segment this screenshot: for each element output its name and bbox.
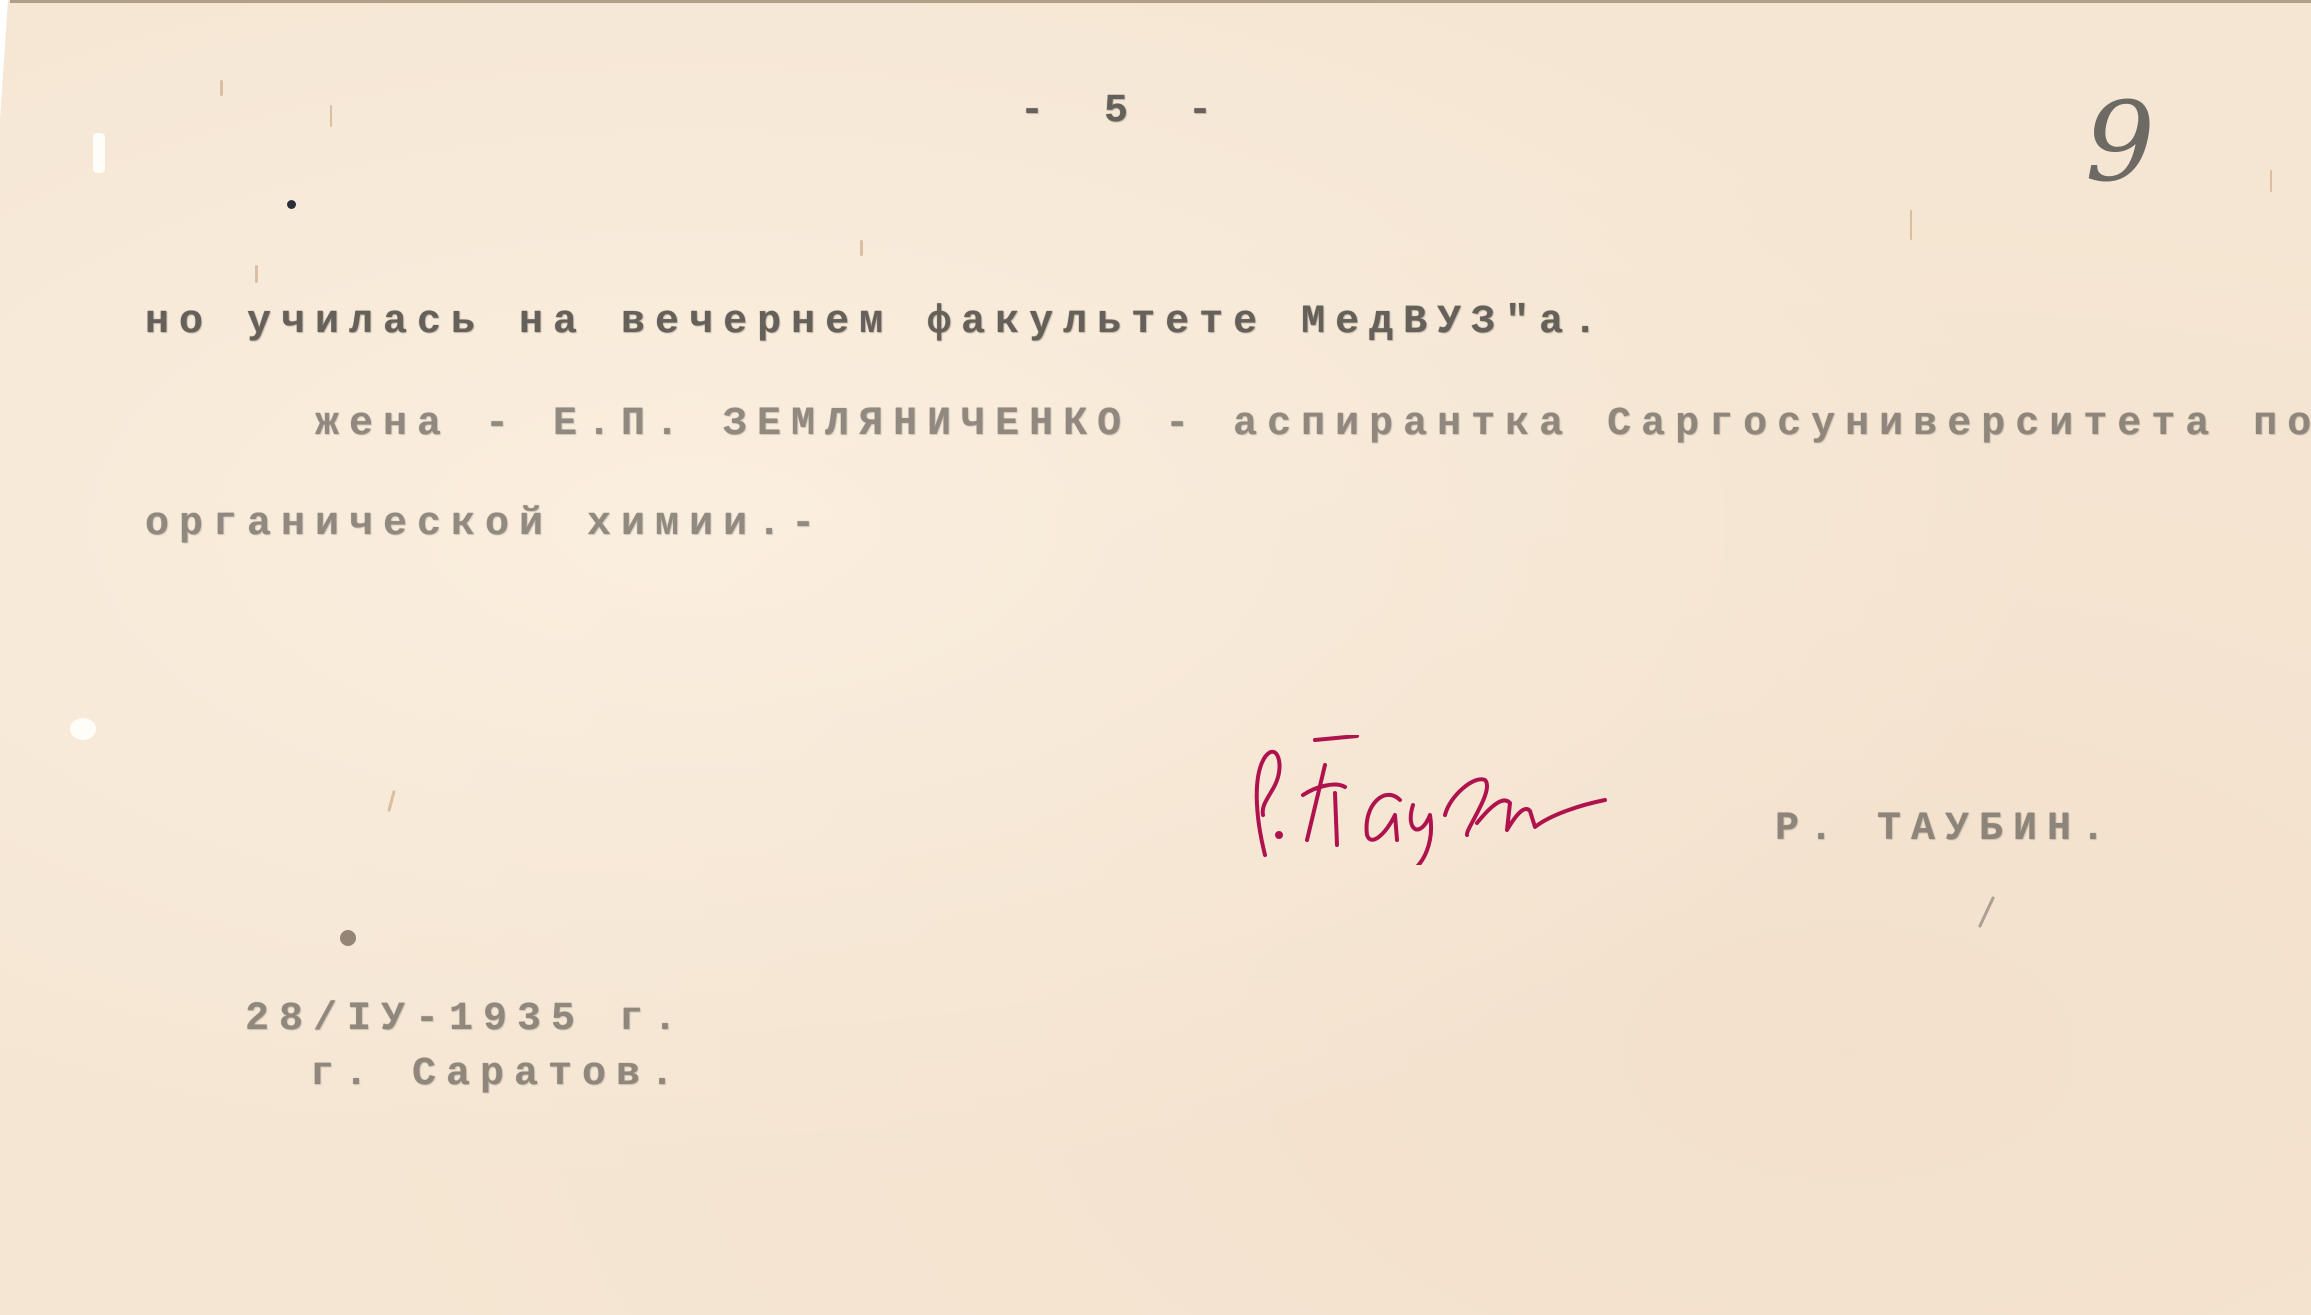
paper-hole bbox=[93, 133, 105, 173]
folio-number: 9 bbox=[2085, 78, 2155, 206]
paper-fiber bbox=[860, 240, 863, 256]
page-torn-corner bbox=[0, 0, 8, 120]
paper-fiber bbox=[330, 105, 332, 127]
typed-signature: Р. ТАУБИН. bbox=[1775, 810, 2115, 850]
ink-speck bbox=[340, 930, 356, 946]
page-top-edge bbox=[10, 0, 2311, 3]
page-number: - 5 - bbox=[1020, 92, 1230, 132]
paper-hole bbox=[70, 718, 96, 740]
text-line-1: но училась на вечернем факультете МедВУЗ… bbox=[145, 303, 1607, 343]
document-place: г. Саратов. bbox=[310, 1055, 684, 1095]
paper-fiber bbox=[387, 790, 396, 812]
text-line-2: жена - Е.П. ЗЕМЛЯНИЧЕНКО - аспирантка Са… bbox=[315, 405, 2311, 445]
document-date: 28/IУ-1935 г. bbox=[245, 1000, 687, 1040]
ink-speck bbox=[287, 200, 296, 209]
text-line-3: органической химии.- bbox=[145, 505, 825, 545]
paper-fiber bbox=[1910, 210, 1912, 240]
handwritten-signature bbox=[1245, 735, 1665, 865]
paper-fiber bbox=[220, 80, 223, 96]
paper-fiber bbox=[2270, 170, 2272, 192]
paper-fiber bbox=[255, 265, 258, 283]
document-page: - 5 - 9 но училась на вечернем факультет… bbox=[0, 0, 2311, 1315]
paper-fiber bbox=[1978, 896, 1995, 928]
